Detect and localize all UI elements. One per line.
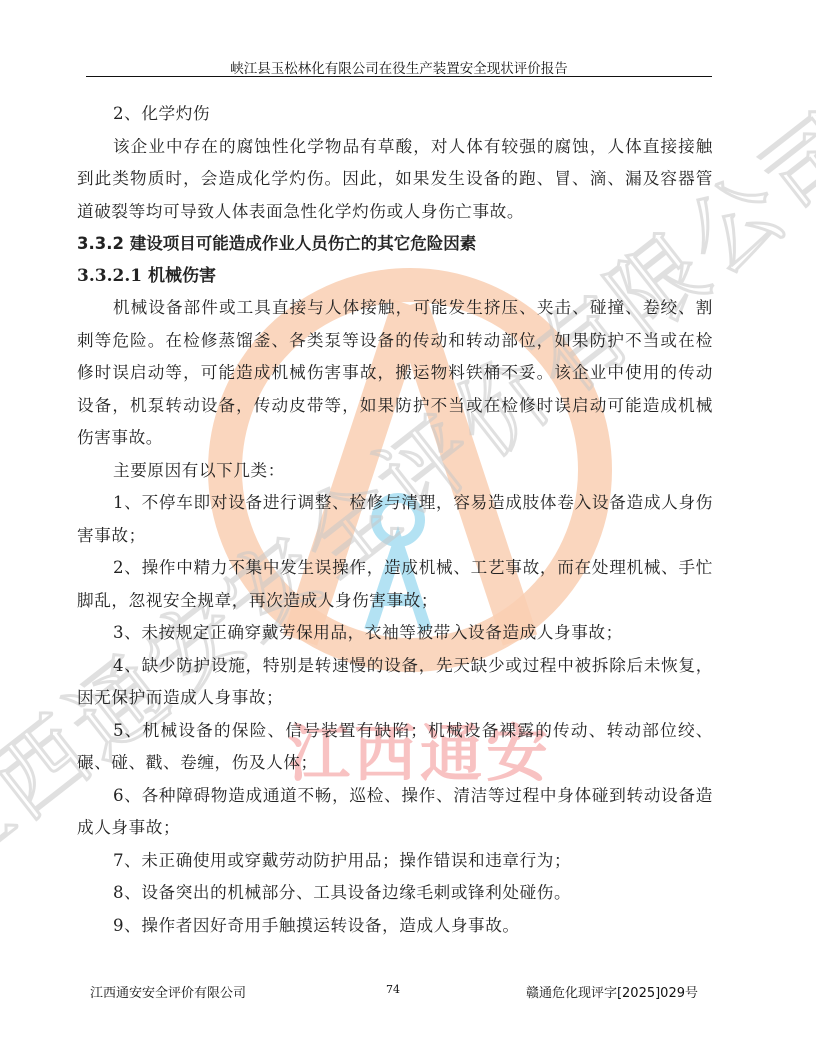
header-divider	[86, 76, 712, 77]
cause-item: 6、各种障碍物造成通道不畅，巡检、操作、清洁等过程中身体碰到转动设备造成人身事故…	[77, 780, 713, 845]
chemical-burn-paragraph: 该企业中存在的腐蚀性化学物品有草酸，对人体有较强的腐蚀，人体直接接触到此类物质时…	[77, 131, 713, 229]
page-header: 峡江县玉松林化有限公司在役生产装置安全现状评价报告	[86, 57, 712, 77]
cause-item: 5、机械设备的保险、信号装置有缺陷；机械设备裸露的传动、转动部位绞、碾、碰、戳、…	[77, 715, 713, 780]
section-heading: 3.3.2 建设项目可能造成作业人员伤亡的其它危险因素	[77, 228, 713, 260]
item-chemical-burn-title: 2、化学灼伤	[77, 98, 713, 131]
page-footer: 江西通安安全评价有限公司 74 赣通危化现评字[2025]029号	[86, 982, 712, 1002]
causes-intro: 主要原因有以下几类：	[77, 455, 713, 488]
cause-item: 9、操作者因好奇用手触摸运转设备，造成人身事故。	[77, 910, 713, 943]
mechanical-injury-paragraph: 机械设备部件或工具直接与人体接触，可能发生挤压、夹击、碰撞、卷绞、割刺等危险。在…	[77, 292, 713, 455]
page-number: 74	[386, 983, 400, 996]
cause-item: 7、未正确使用或穿戴劳动防护用品；操作错误和违章行为；	[77, 845, 713, 878]
subsection-heading: 3.3.2.1 机械伤害	[77, 260, 713, 292]
cause-item: 1、不停车即对设备进行调整、检修与清理，容易造成肢体卷入设备造成人身伤害事故；	[77, 487, 713, 552]
document-body: 2、化学灼伤 该企业中存在的腐蚀性化学物品有草酸，对人体有较强的腐蚀，人体直接接…	[77, 98, 713, 942]
report-number: 赣通危化现评字[2025]029号	[526, 982, 698, 1001]
cause-item: 2、操作中精力不集中发生误操作，造成机械、工艺事故，而在处理机械、手忙脚乱，忽视…	[77, 552, 713, 617]
cause-item: 3、未按规定正确穿戴劳保用品，衣袖等被带入设备造成人身事故；	[77, 617, 713, 650]
cause-item: 4、缺少防护设施，特别是转速慢的设备，先天缺少或过程中被拆除后未恢复，因无保护而…	[77, 650, 713, 715]
footer-company: 江西通安安全评价有限公司	[90, 982, 246, 1001]
cause-item: 8、设备突出的机械部分、工具设备边缘毛刺或锋利处碰伤。	[77, 877, 713, 910]
